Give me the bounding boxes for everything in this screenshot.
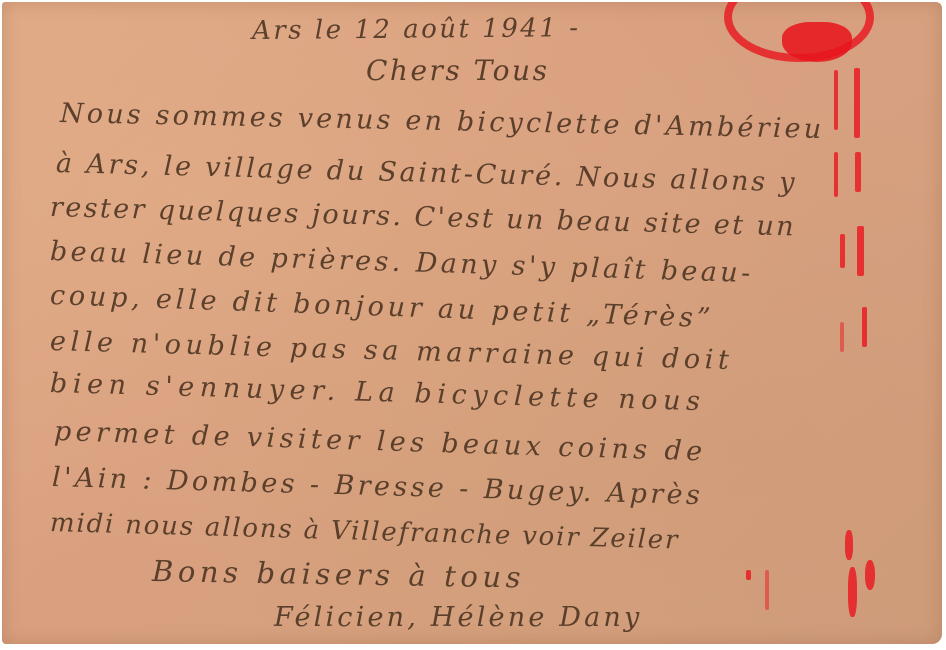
red-ink-streak bbox=[834, 70, 838, 130]
red-ink-streak bbox=[862, 307, 867, 347]
red-ink-streak bbox=[840, 322, 844, 352]
postcard: Ars le 12 août 1941 - Chers Tous Nous so… bbox=[2, 2, 942, 644]
red-ink-streak bbox=[848, 567, 857, 617]
red-ink-streak bbox=[857, 226, 864, 276]
red-ink-streak bbox=[854, 68, 860, 138]
body-line-8: permet de visiter les beaux coins de bbox=[54, 416, 707, 467]
closing-line: Bons baisers à tous bbox=[152, 554, 526, 595]
red-ink-streak bbox=[865, 560, 875, 590]
body-line-9: l'Ain : Dombes - Bresse - Bugey. Après bbox=[52, 462, 704, 511]
red-ink-streak bbox=[840, 234, 845, 268]
postmark-ink-blot bbox=[782, 22, 852, 62]
signatures: Félicien, Hélène Dany bbox=[274, 602, 642, 633]
body-line-7: bien s'ennuyer. La bicyclette nous bbox=[50, 368, 706, 417]
body-line-3: rester quelques jours. C'est un beau sit… bbox=[50, 192, 797, 243]
body-line-4: beau lieu de prières. Dany s'y plaît bea… bbox=[50, 236, 755, 289]
body-line-2: à Ars, le village du Saint-Curé. Nous al… bbox=[56, 148, 798, 198]
salutation: Chers Tous bbox=[366, 54, 549, 87]
red-ink-streak bbox=[845, 530, 853, 560]
red-ink-streak bbox=[855, 152, 861, 192]
red-ink-streak bbox=[765, 570, 769, 610]
red-ink-streak bbox=[746, 570, 751, 580]
body-line-5: coup, elle dit bonjour au petit „Térès” bbox=[49, 280, 714, 334]
body-line-1: Nous sommes venus en bicyclette d'Ambéri… bbox=[60, 98, 825, 145]
red-ink-streak bbox=[834, 152, 838, 197]
date-line: Ars le 12 août 1941 - bbox=[252, 13, 581, 46]
body-line-10: midi nous allons à Villefranche voir Zei… bbox=[50, 508, 680, 556]
body-line-6: elle n'oublie pas sa marraine qui doit bbox=[50, 326, 734, 376]
